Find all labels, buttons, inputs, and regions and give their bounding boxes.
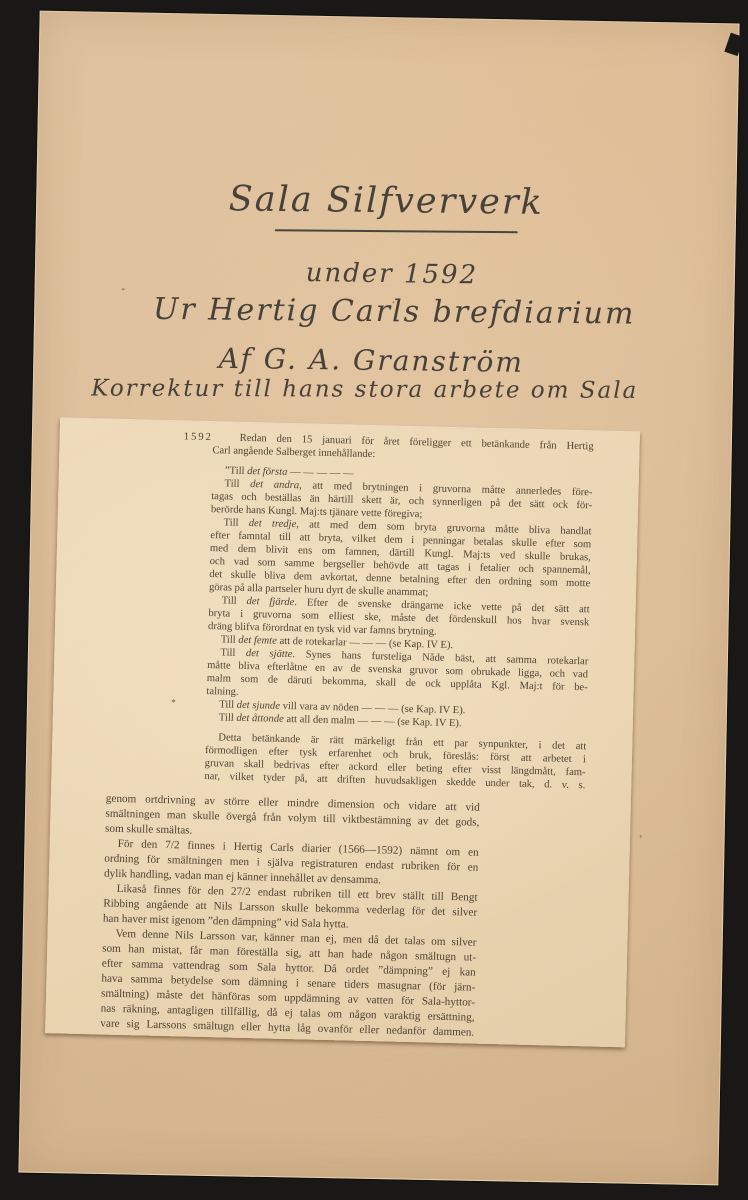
handwriting-note-line: Korrektur till hans stora arbete om Sala bbox=[16, 375, 714, 404]
paper-corner-tear bbox=[724, 33, 744, 56]
margin-asterisk: * bbox=[171, 696, 176, 709]
handwriting-source-line: Ur Hertig Carls brefdiarium bbox=[45, 291, 743, 333]
title-underline bbox=[275, 229, 518, 233]
print-lower-lines: genom ortdrivning av större eller mindre… bbox=[100, 792, 480, 1041]
print-upper-lines: Carl angående Salberget innehållande:”Ti… bbox=[204, 444, 593, 792]
paper-speck bbox=[122, 288, 125, 290]
handwriting-title: Sala Silfververk bbox=[37, 177, 735, 225]
print-upper-block: 1592 * Redan den 15 januari för året för… bbox=[204, 431, 593, 792]
paper-sheet: Sala Silfververk under 1592 Ur Hertig Ca… bbox=[18, 11, 739, 1186]
paper-speck bbox=[640, 835, 642, 838]
newspaper-clipping: 1592 * Redan den 15 januari för året för… bbox=[45, 418, 640, 1047]
print-lower-block: genom ortdrivning av större eller mindre… bbox=[100, 792, 480, 1041]
photo-background: { "document": { "handwriting": { "title"… bbox=[0, 0, 748, 1200]
handwriting-year-line: under 1592 bbox=[43, 255, 741, 294]
clipping-margin-year: 1592 bbox=[184, 430, 213, 444]
